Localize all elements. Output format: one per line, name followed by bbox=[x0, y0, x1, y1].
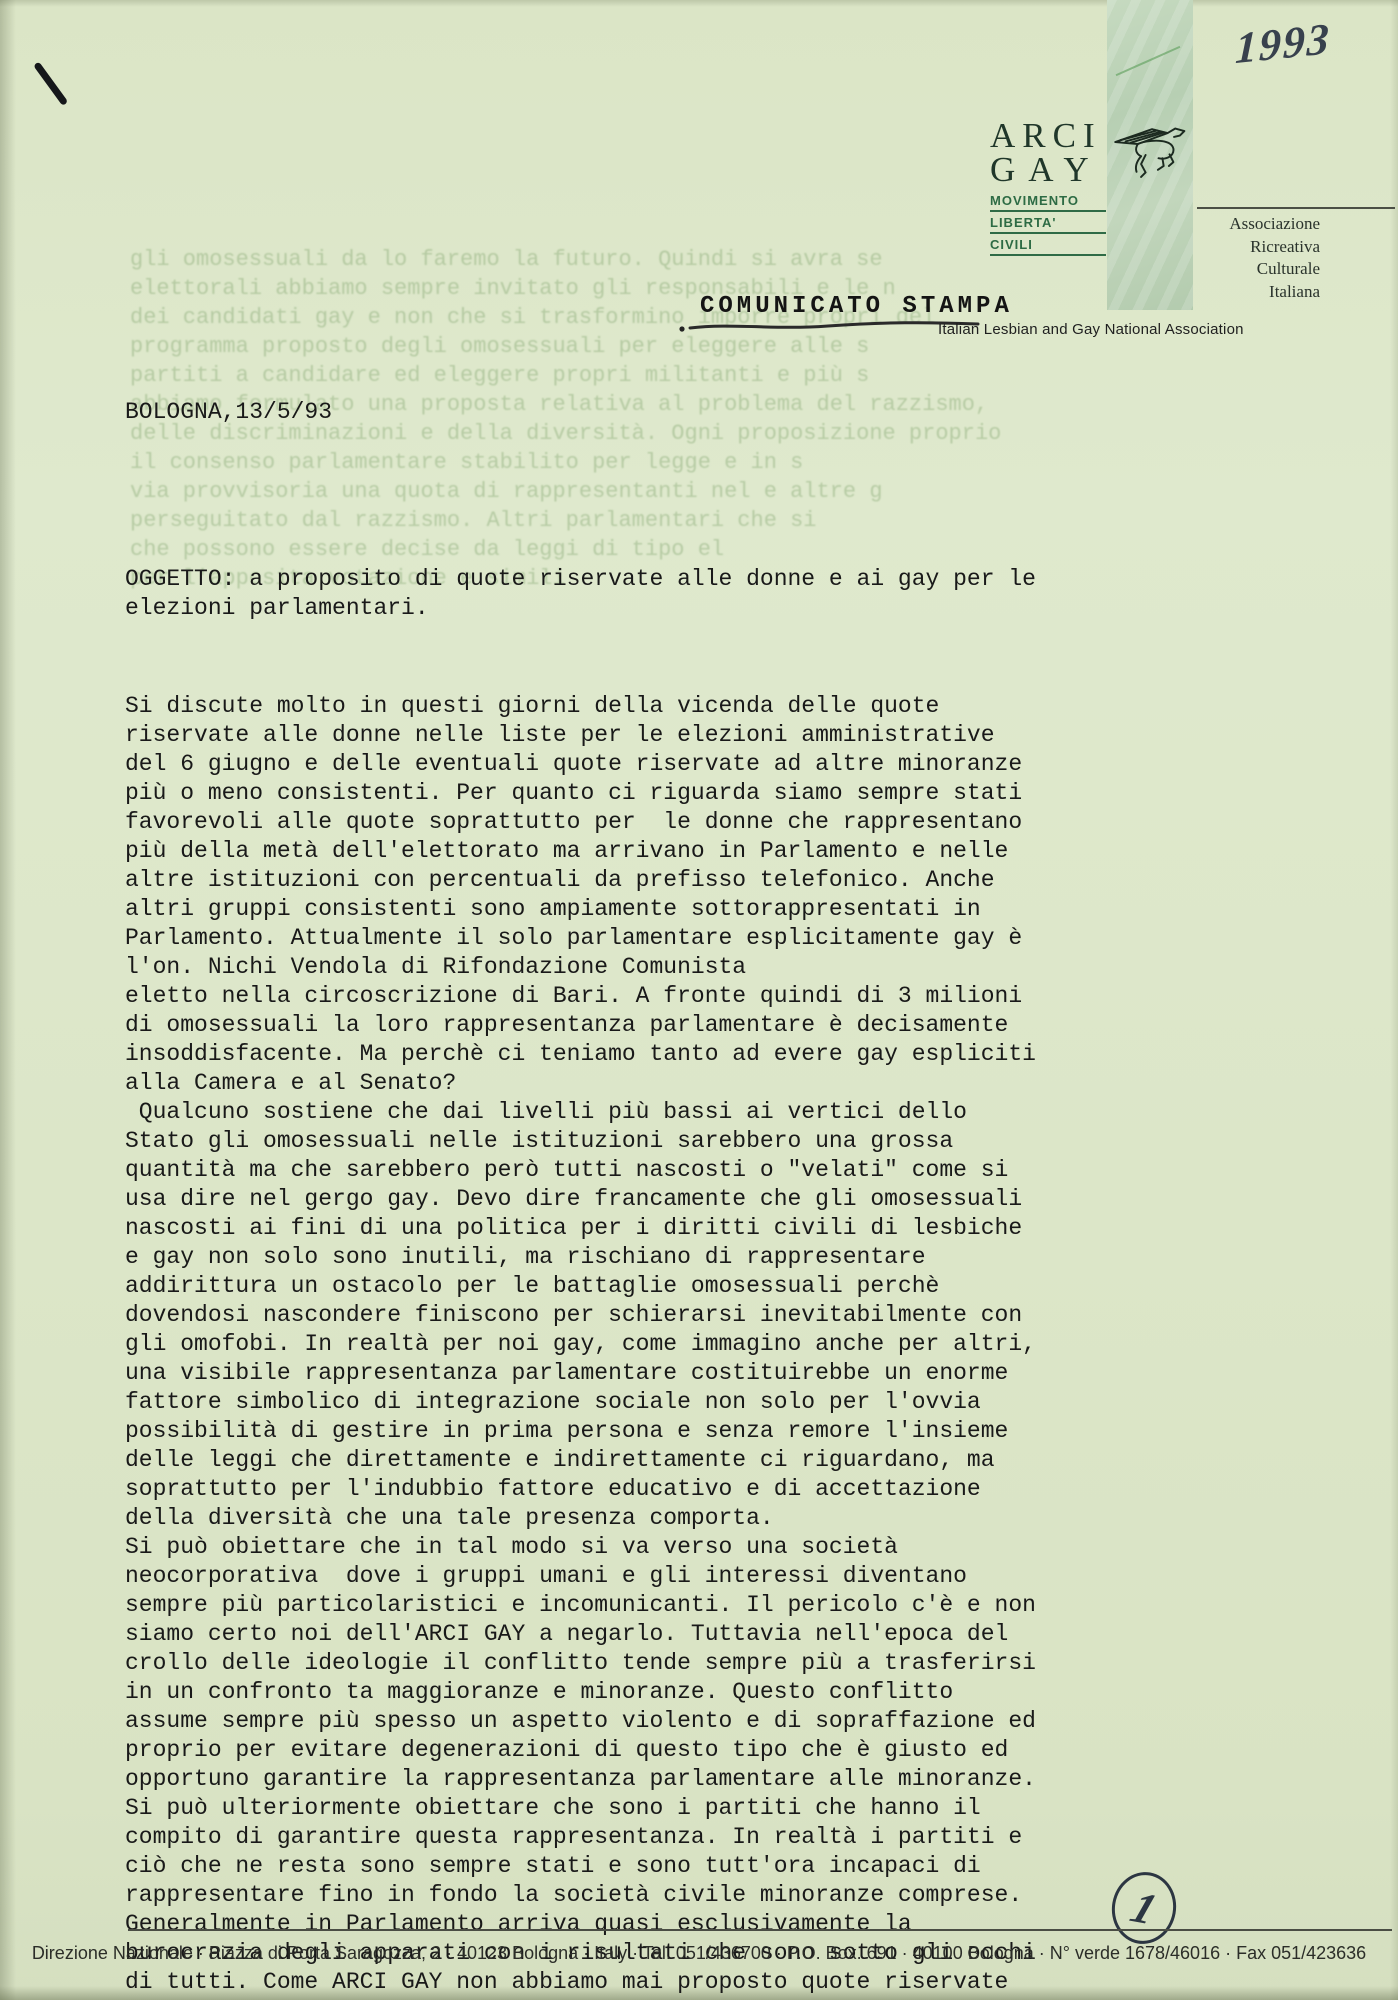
body-line: alla Camera e al Senato? bbox=[125, 1069, 1036, 1098]
footer-address: Direzione Nazionale · Piazza di Porta Sa… bbox=[32, 1943, 1366, 1964]
association-name-line: Associazione bbox=[1100, 213, 1320, 236]
body-line: usa dire nel gergo gay. Devo dire franca… bbox=[125, 1185, 1036, 1214]
association-name-line: Culturale bbox=[1100, 258, 1320, 281]
body-line: di tutti. Come ARCI GAY non abbiamo mai … bbox=[125, 1968, 1036, 1997]
letter-body: Si discute molto in questi giorni della … bbox=[125, 605, 1036, 1997]
association-name-line: Italiana bbox=[1100, 281, 1320, 304]
bleed-through-line: programma proposto degli omosessuali per… bbox=[130, 332, 1030, 361]
pegasus-icon bbox=[1112, 118, 1196, 192]
body-line: insoddisfacente. Ma perchè ci teniamo ta… bbox=[125, 1040, 1036, 1069]
scan-shadow-right bbox=[1390, 0, 1398, 2000]
body-line: quantità ma che sarebbero però tutti nas… bbox=[125, 1156, 1036, 1185]
association-name-english: Italian Lesbian and Gay National Associa… bbox=[938, 321, 1244, 338]
body-line: neocorporativa dove i gruppi umani e gli… bbox=[125, 1562, 1036, 1591]
body-line: Si può obiettare che in tal modo si va v… bbox=[125, 1533, 1036, 1562]
org-name-line1: ARCI bbox=[990, 118, 1106, 153]
body-line: ciò che ne resta sono sempre stati e son… bbox=[125, 1852, 1036, 1881]
body-line: soprattutto per l'indubbio fattore educa… bbox=[125, 1475, 1036, 1504]
page-number-digit: 1 bbox=[1124, 1882, 1163, 1934]
body-line: Stato gli omosessuali nelle istituzioni … bbox=[125, 1127, 1036, 1156]
body-line: rappresentare fino in fondo la società c… bbox=[125, 1881, 1036, 1910]
body-line: Generalmente in Parlamento arriva quasi … bbox=[125, 1910, 1036, 1939]
body-line: eletto nella circoscrizione di Bari. A f… bbox=[125, 982, 1036, 1011]
bleed-through-line: gli omosessuali da lo faremo la futuro. … bbox=[130, 245, 1030, 274]
band-streak bbox=[1116, 46, 1181, 76]
handwritten-page-number: 1 bbox=[1106, 1867, 1182, 1949]
movement-line: CIVILI bbox=[990, 237, 1106, 256]
body-line: addirittura un ostacolo per le battaglie… bbox=[125, 1272, 1036, 1301]
org-logo-block: ARCI GAY MOVIMENTOLIBERTA'CIVILI bbox=[990, 118, 1106, 259]
body-line: opportuno garantire la rappresentanza pa… bbox=[125, 1765, 1036, 1794]
body-line: altri gruppi consistenti sono ampiamente… bbox=[125, 895, 1036, 924]
bleed-through-line: il consenso parlamentare stabilito per l… bbox=[130, 448, 1030, 477]
subject-block: OGGETTO: a proposito di quote riservate … bbox=[125, 478, 1036, 623]
body-line: dovendosi nascondere finiscono per schie… bbox=[125, 1301, 1036, 1330]
body-line: della diversità che una tale presenza co… bbox=[125, 1504, 1036, 1533]
handwritten-year: 1993 bbox=[1234, 13, 1331, 75]
body-line: proprio per evitare degenerazioni di que… bbox=[125, 1736, 1036, 1765]
body-line: siamo certo noi dell'ARCI GAY a negarlo.… bbox=[125, 1620, 1036, 1649]
association-name-line: Ricreativa bbox=[1100, 236, 1320, 259]
scan-shadow-left bbox=[0, 0, 16, 2000]
body-line: riservate alle donne nelle liste per le … bbox=[125, 721, 1036, 750]
association-rule bbox=[1197, 207, 1395, 209]
body-line: assume sempre più spesso un aspetto viol… bbox=[125, 1707, 1036, 1736]
dateline: BOLOGNA,13/5/93 bbox=[125, 399, 332, 425]
body-line: Si discute molto in questi giorni della … bbox=[125, 692, 1036, 721]
doc-type-heading: COMUNICATO STAMPA bbox=[700, 293, 1013, 320]
body-line: crollo delle ideologie il conflitto tend… bbox=[125, 1649, 1036, 1678]
body-line: Si può ulteriormente obiettare che sono … bbox=[125, 1794, 1036, 1823]
pen-mark bbox=[33, 61, 68, 106]
footer-rule bbox=[128, 1929, 1392, 1931]
body-line: compito di garantire questa rappresentan… bbox=[125, 1823, 1036, 1852]
body-line: Qualcuno sostiene che dai livelli più ba… bbox=[125, 1098, 1036, 1127]
body-line: possibilità di gestire in prima persona … bbox=[125, 1417, 1036, 1446]
body-line: più o meno consistenti. Per quanto ci ri… bbox=[125, 779, 1036, 808]
body-line: delle leggi che direttamente e indiretta… bbox=[125, 1446, 1036, 1475]
body-line: in un confronto ta maggioranze e minoran… bbox=[125, 1678, 1036, 1707]
body-line: del 6 giugno e delle eventuali quote ris… bbox=[125, 750, 1036, 779]
body-line: favorevoli alle quote soprattutto per le… bbox=[125, 808, 1036, 837]
body-line: una visibile rappresentanza parlamentare… bbox=[125, 1359, 1036, 1388]
body-line: fattore simbolico di integrazione social… bbox=[125, 1388, 1036, 1417]
body-line: l'on. Nichi Vendola di Rifondazione Comu… bbox=[125, 953, 1036, 982]
body-line: altre istituzioni con percentuali da pre… bbox=[125, 866, 1036, 895]
movement-line: LIBERTA' bbox=[990, 215, 1106, 234]
body-line: e gay non solo sono inutili, ma rischian… bbox=[125, 1243, 1036, 1272]
movement-lines: MOVIMENTOLIBERTA'CIVILI bbox=[990, 193, 1106, 256]
movement-line: MOVIMENTO bbox=[990, 193, 1106, 212]
association-name: AssociazioneRicreativaCulturaleItaliana bbox=[1100, 213, 1320, 303]
body-line: più della metà dell'elettorato ma arriva… bbox=[125, 837, 1036, 866]
scanned-press-release-page: gli omosessuali da lo faremo la futuro. … bbox=[0, 0, 1398, 2000]
body-line: sempre più particolaristici e incomunica… bbox=[125, 1591, 1036, 1620]
body-line: di omosessuali la loro rappresentanza pa… bbox=[125, 1011, 1036, 1040]
subject-line: OGGETTO: a proposito di quote riservate … bbox=[125, 565, 1036, 594]
body-line: nascosti ai fini di una politica per i d… bbox=[125, 1214, 1036, 1243]
body-line: gli omofobi. In realtà per noi gay, come… bbox=[125, 1330, 1036, 1359]
bleed-through-line: partiti a candidare ed eleggere propri m… bbox=[130, 361, 1030, 390]
org-name-line2: GAY bbox=[990, 153, 1106, 186]
body-line: Parlamento. Attualmente il solo parlamen… bbox=[125, 924, 1036, 953]
